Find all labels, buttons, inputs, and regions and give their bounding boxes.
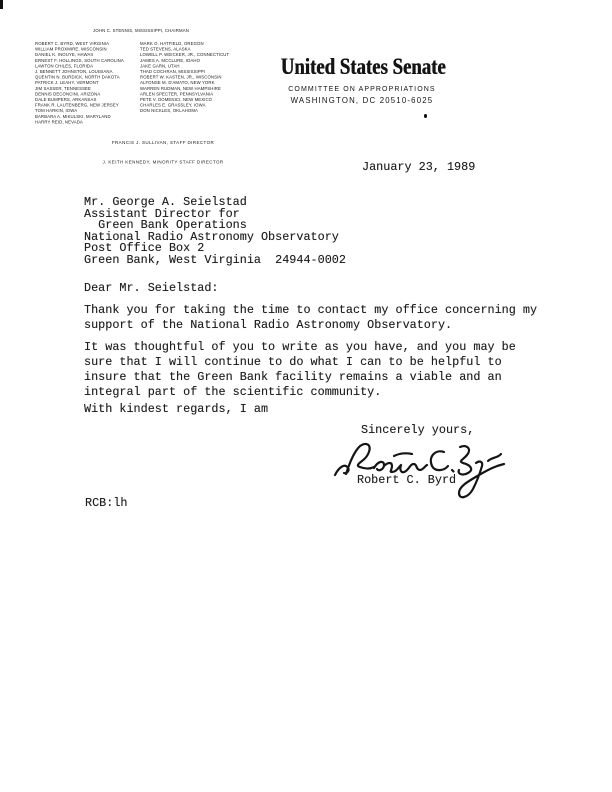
committee-name: COMMITTEE ON APPROPRIATIONS bbox=[260, 86, 464, 93]
committee-letterhead: JOHN C. STENNIS, MISSISSIPPI, CHAIRMAN R… bbox=[30, 28, 260, 143]
chairman-line: JOHN C. STENNIS, MISSISSIPPI, CHAIRMAN bbox=[30, 28, 252, 33]
members-column-minority: MARK O. HATFIELD, OREGONTED STEVENS, ALA… bbox=[140, 41, 252, 114]
signature-robert-c-byrd bbox=[332, 441, 507, 503]
member-name: HARRY REID, NEVADA bbox=[35, 119, 141, 125]
staff-director-line: FRANCIS J. SULLIVAN, STAFF DIRECTOR bbox=[48, 140, 278, 147]
member-name: DON NICKLES, OKLAHOMA bbox=[140, 108, 252, 114]
body-line: sure that I will continue to do what I c… bbox=[84, 355, 516, 370]
valediction: Sincerely yours, bbox=[361, 423, 474, 437]
senate-masthead: United States Senate COMMITTEE ON APPROP… bbox=[260, 54, 464, 105]
body-line: It was thoughtful of you to write as you… bbox=[84, 340, 516, 355]
body-line: insure that the Green Bank facility rema… bbox=[84, 370, 516, 385]
minority-staff-director-line: J. KEITH KENNEDY, MINORITY STAFF DIRECTO… bbox=[48, 159, 278, 166]
letter-date: January 23, 1989 bbox=[362, 160, 475, 174]
recipient-address-line: Green Bank, West Virginia 24944-0002 bbox=[84, 255, 346, 267]
body-line: support of the National Radio Astronomy … bbox=[84, 318, 537, 333]
body-paragraph-2: It was thoughtful of you to write as you… bbox=[84, 340, 516, 400]
body-line: integral part of the scientific communit… bbox=[84, 385, 516, 400]
salutation: Dear Mr. Seielstad: bbox=[84, 281, 219, 295]
closing-line: With kindest regards, I am bbox=[84, 402, 268, 416]
body-line: Thank you for taking the time to contact… bbox=[84, 303, 537, 318]
recipient-address-block: Mr. George A. SeielstadAssistant Directo… bbox=[84, 197, 346, 267]
staff-directors: FRANCIS J. SULLIVAN, STAFF DIRECTOR J. K… bbox=[48, 127, 278, 179]
committee-address: WASHINGTON, DC 20510-6025 bbox=[260, 96, 464, 105]
masthead-title: United States Senate bbox=[281, 54, 446, 81]
typed-signature-name: Robert C. Byrd bbox=[357, 473, 456, 487]
scan-artifact-corner bbox=[0, 0, 3, 9]
scan-artifact-dot bbox=[424, 114, 427, 118]
members-column-majority: ROBERT C. BYRD, WEST VIRGINIAWILLIAM PRO… bbox=[35, 41, 141, 125]
scanned-letter-page: JOHN C. STENNIS, MISSISSIPPI, CHAIRMAN R… bbox=[0, 0, 612, 792]
body-paragraph-1: Thank you for taking the time to contact… bbox=[84, 303, 537, 333]
reference-initials: RCB:lh bbox=[85, 496, 127, 510]
